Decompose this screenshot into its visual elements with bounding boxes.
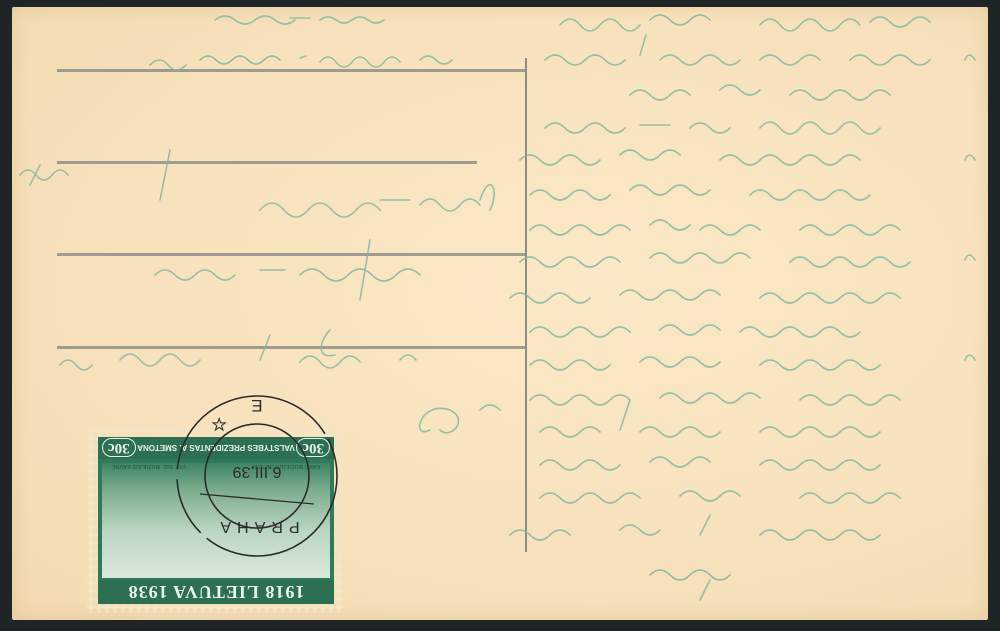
postmark-city: PRAHA: [214, 518, 299, 535]
stamp-title: 1918 LIETUVA 1938: [128, 582, 305, 603]
postmark-cancellation: E 6.III.39 PRAHA ★: [172, 390, 342, 562]
stamp-denomination-right: 30c: [102, 439, 136, 458]
postmark-star-icon: ★: [212, 415, 226, 434]
postmark-code: E: [251, 396, 262, 415]
stamp-title-band: 1918 LIETUVA 1938: [98, 580, 334, 604]
postmark-date: 6.III.39: [232, 463, 281, 480]
